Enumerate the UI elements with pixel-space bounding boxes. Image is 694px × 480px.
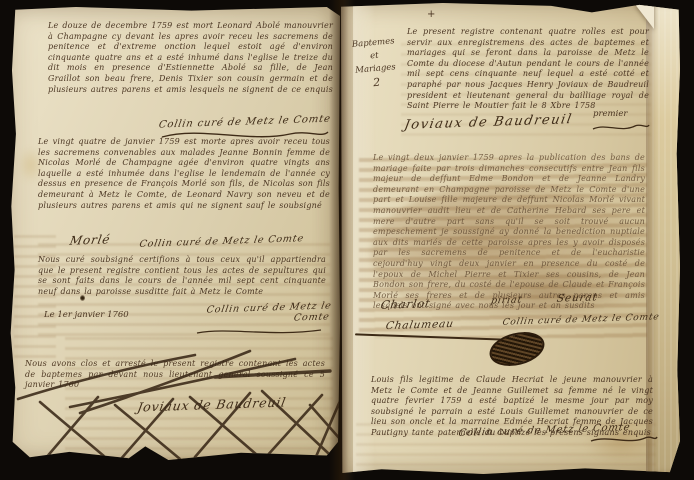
register-title-record-text: Le present registre contenant quatre rol… (407, 27, 649, 112)
witness-signature-piriat: piriat (490, 294, 523, 306)
marriage-record-text: Le vingt deux janvier 1759 apres la publ… (373, 153, 645, 312)
signature-underline (355, 333, 505, 340)
priest-signature: Collin curé de Metz le Comte (136, 114, 331, 132)
date-line: Le 1er janvier 1760 (44, 310, 129, 320)
priest-signature: Collin curé de Metz le Comte (502, 312, 661, 327)
priest-signature: Collin curé de Metz le Comte (138, 233, 304, 250)
signature-flourish (195, 327, 325, 337)
lieutenant-signature: Joviaux de Baudreuil (136, 394, 287, 414)
left-page: Le douze de decembre 1759 est mort Leona… (10, 7, 340, 460)
manuscript-scan: Le douze de decembre 1759 est mort Leona… (0, 0, 694, 480)
folded-corner (634, 3, 654, 29)
certification-record-text: Nous curé soubsigné certifions à tous ce… (38, 255, 326, 297)
witness-signature-charlot: Charlot (380, 296, 432, 312)
margin-note: Baptemes et Mariages 2 (341, 34, 409, 91)
burial-record-1-text: Le douze de decembre 1759 est mort Leona… (48, 21, 333, 95)
burial-record-2-text: Le vingt quatre de janvier 1759 est mort… (38, 137, 330, 211)
right-page: + Baptemes et Mariages 2 Le present regi… (341, 3, 680, 474)
folio-note: premier (593, 109, 627, 119)
paraph-flourish (591, 121, 651, 133)
priest-signature: Collin curé de Metz le Comte (176, 300, 333, 327)
cross-mark: + (427, 9, 435, 20)
witness-signature-seurat: Seurat (556, 291, 599, 304)
cancelled-closing-note-text: Nous avons clos et arresté le present re… (25, 359, 325, 391)
ink-blot (486, 327, 548, 372)
witness-signature-morle: Morlé (69, 232, 112, 247)
witness-signature-chalumeau: Chalumeau (385, 318, 455, 332)
lieutenant-signature: Joviaux de Baudreuil (403, 112, 574, 133)
